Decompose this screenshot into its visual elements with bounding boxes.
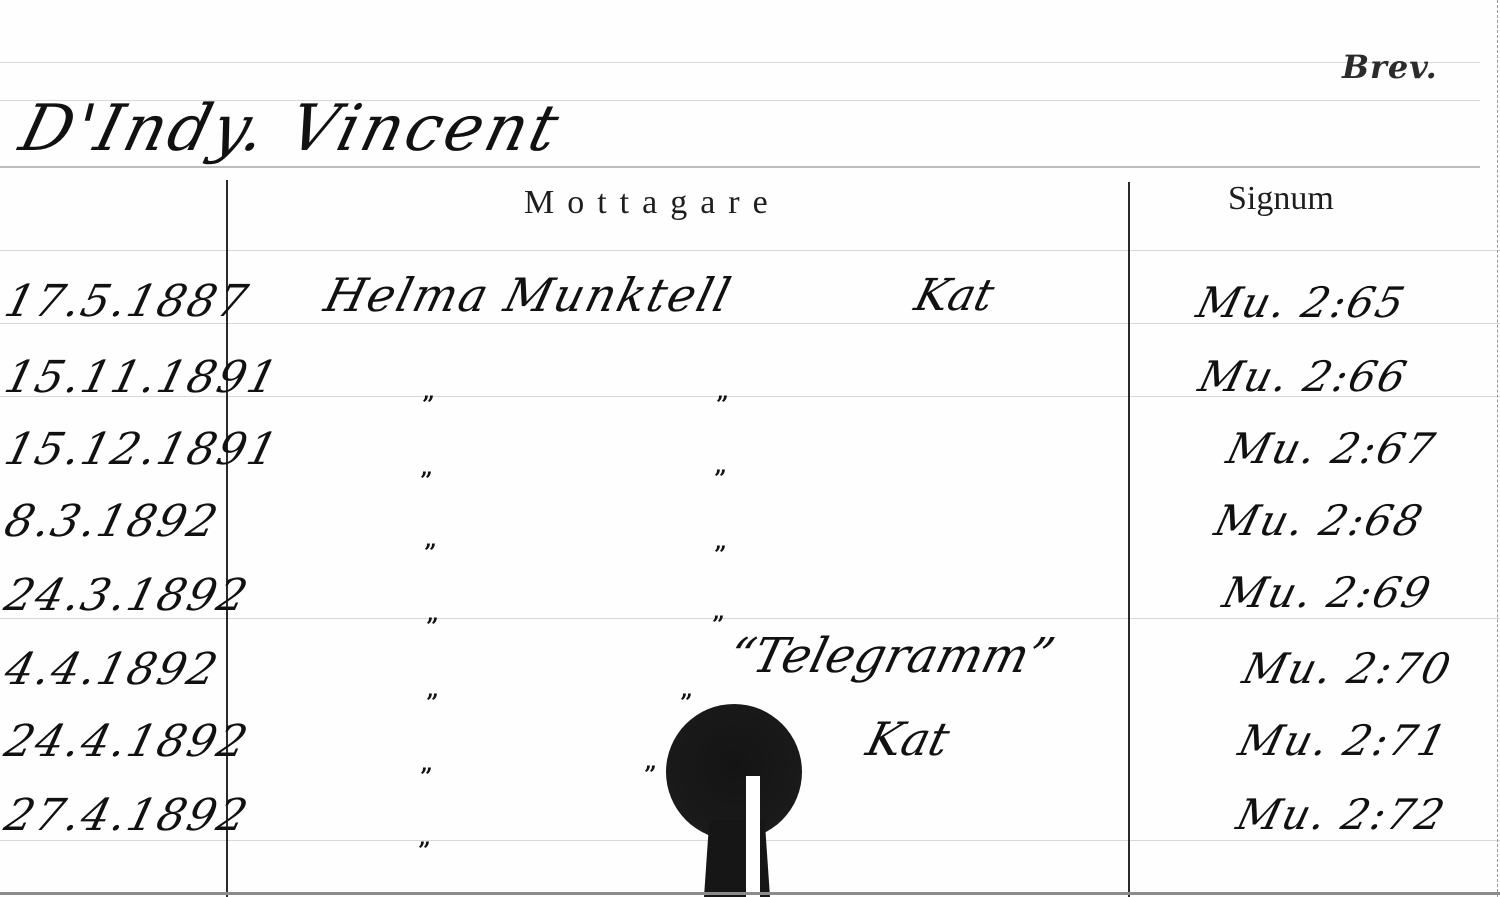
header-rule: [0, 166, 1480, 168]
entry-signum: Mu. 2:68: [1210, 496, 1429, 545]
keyhole-slit: [746, 776, 760, 897]
entry-signum: Mu. 2:72: [1232, 790, 1451, 839]
entry-date: 4.4.1892: [0, 644, 224, 695]
entry-signum: Mu. 2:65: [1192, 278, 1411, 327]
keyhole-punch-stem: [704, 820, 770, 897]
column-divider-signum: [1128, 182, 1130, 897]
ditto-mark: ”: [426, 690, 439, 716]
ditto-mark: ”: [716, 392, 729, 418]
entry-date: 15.11.1891: [0, 352, 284, 403]
entry-signum: Mu. 2:69: [1218, 568, 1437, 617]
name-heading: D'Indy. Vincent: [13, 92, 569, 166]
keyhole-punch: [666, 704, 802, 840]
ditto-mark: ”: [422, 392, 435, 418]
ditto-mark: ”: [712, 612, 725, 638]
category-label: Brev.: [1342, 48, 1438, 86]
entry-recipient: Helma Munktell: [319, 268, 738, 322]
telegram-note: “Telegramm”: [723, 628, 1060, 684]
entry-date: 27.4.1892: [0, 790, 254, 841]
entry-signum: Mu. 2:67: [1222, 424, 1441, 473]
ditto-mark: ”: [426, 614, 439, 640]
ditto-mark: ”: [714, 542, 727, 568]
entry-date: 8.3.1892: [0, 496, 224, 547]
ditto-mark: ”: [418, 838, 431, 864]
ruled-line: [0, 250, 1500, 251]
entry-signum: Mu. 2:71: [1234, 716, 1453, 765]
telegram-place: Kat: [861, 712, 955, 766]
entry-place: Kat: [910, 270, 1000, 321]
ditto-mark: ”: [420, 764, 433, 790]
index-card: Brev. Mottagare Signum D'Indy. Vincent 1…: [0, 0, 1500, 897]
entry-date: 15.12.1891: [0, 424, 284, 475]
card-bottom-edge: [0, 892, 1500, 895]
column-header-signum: Signum: [1228, 180, 1334, 218]
column-header-recipient: Mottagare: [524, 184, 781, 222]
ruled-line: [0, 62, 1480, 63]
ditto-mark: ”: [680, 690, 693, 716]
entry-date: 24.4.1892: [0, 716, 254, 767]
ditto-mark: ”: [424, 540, 437, 566]
entry-signum: Mu. 2:66: [1194, 352, 1413, 401]
card-edge: [1496, 0, 1498, 897]
ditto-mark: ”: [420, 468, 433, 494]
entry-date: 24.3.1892: [0, 570, 254, 621]
entry-date: 17.5.1887: [0, 276, 254, 327]
ditto-mark: ”: [714, 466, 727, 492]
ditto-mark: ”: [644, 762, 657, 788]
entry-signum: Mu. 2:70: [1238, 644, 1457, 693]
